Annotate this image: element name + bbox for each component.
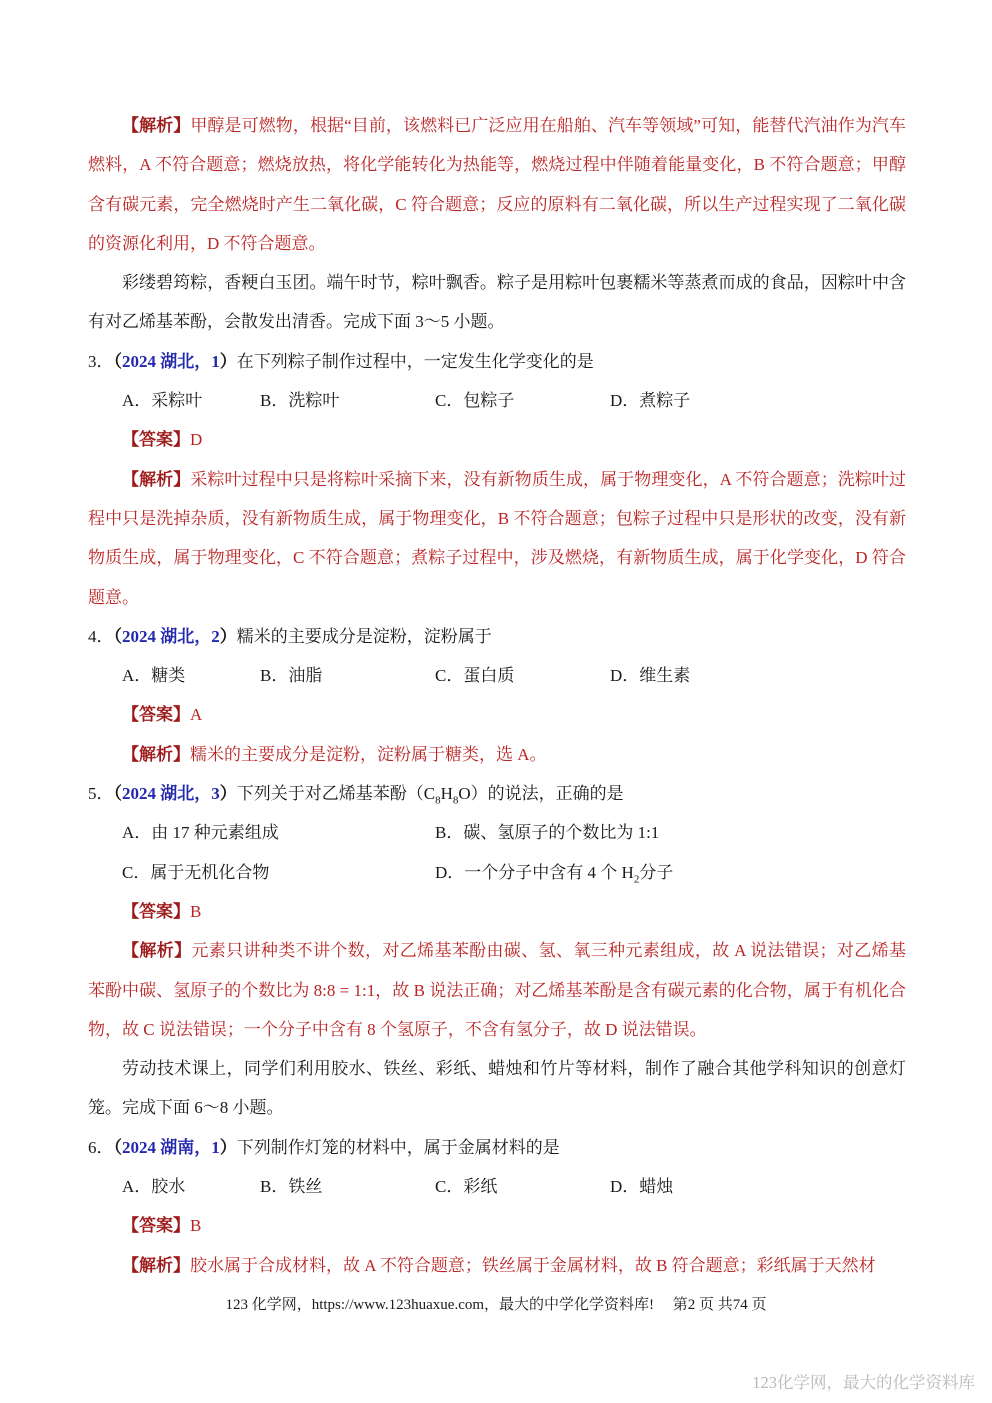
document-content: 【解析】甲醇是可燃物，根据“目前，该燃料已广泛应用在船舶、汽车等领域”可知，能替…	[88, 106, 906, 1285]
text-segment: ）	[220, 1138, 237, 1157]
text-segment: O）的说法，正确的是	[458, 784, 623, 803]
question-line: 5．（2024 湖北，3）下列关于对乙烯基苯酚（C8H8O）的说法，正确的是	[88, 774, 906, 813]
text-segment: 分子	[639, 863, 673, 882]
options-row: A．糖类B．油脂C．蛋白质D．维生素	[88, 656, 906, 695]
option-item: D．煮粽子	[610, 381, 690, 420]
text-segment: 2024 湖北，3	[122, 784, 220, 803]
text-segment: D．蜡烛	[610, 1177, 673, 1196]
option-item: A．由 17 种元素组成	[122, 813, 435, 852]
answer-line: 【答案】B	[88, 1206, 906, 1245]
text-segment: （	[114, 1138, 123, 1157]
text-segment: 下列制作灯笼的材料中，属于金属材料的是	[237, 1138, 560, 1157]
options-row: A．采粽叶B．洗粽叶C．包粽子D．煮粽子	[88, 381, 906, 420]
text-segment: 元素只讲种类不讲个数，对乙烯基苯酚由碳、氢、氧三种元素组成，故 A 说法错误；对…	[88, 941, 906, 1039]
question-line: 4．（2024 湖北，2）糯米的主要成分是淀粉，淀粉属于	[88, 617, 906, 656]
explanation-text: 【解析】元素只讲种类不讲个数，对乙烯基苯酚由碳、氢、氧三种元素组成，故 A 说法…	[88, 931, 906, 1049]
text-segment: A．胶水	[122, 1177, 185, 1196]
text-segment: H	[441, 784, 453, 803]
text-segment: C．彩纸	[435, 1177, 497, 1196]
answer-line: 【答案】B	[88, 892, 906, 931]
explanation-text: 【解析】糯米的主要成分是淀粉，淀粉属于糖类，选 A。	[88, 735, 906, 774]
options-row: A．胶水B．铁丝C．彩纸D．蜡烛	[88, 1167, 906, 1206]
option-item: C．蛋白质	[435, 656, 610, 695]
text-segment: 【答案】	[122, 430, 190, 449]
text-segment: 下列关于对乙烯基苯酚（C	[237, 784, 435, 803]
option-item: B．铁丝	[260, 1167, 435, 1206]
text-segment: ）	[220, 784, 237, 803]
question-line: 3．（2024 湖北，1）在下列粽子制作过程中，一定发生化学变化的是	[88, 342, 906, 381]
text-segment: 劳动技术课上，同学们利用胶水、铁丝、彩纸、蜡烛和竹片等材料，制作了融合其他学科知…	[88, 1059, 906, 1117]
option-item: D．蜡烛	[610, 1167, 673, 1206]
text-segment: ）	[220, 352, 237, 371]
option-item: C．包粽子	[435, 381, 610, 420]
text-segment: 胶水属于合成材料，故 A 不符合题意；铁丝属于金属材料，故 B 符合题意；彩纸属…	[190, 1256, 876, 1275]
text-segment: 【解析】	[122, 470, 190, 489]
option-item: A．采粽叶	[122, 381, 260, 420]
intro-paragraph: 彩缕碧筠粽，香粳白玉团。端午时节，粽叶飘香。粽子是用粽叶包裹糯米等蒸煮而成的食品…	[88, 263, 906, 342]
text-segment: 糯米的主要成分是淀粉，淀粉属于	[237, 627, 492, 646]
text-segment: 【答案】	[122, 1216, 190, 1235]
page-footer: 123 化学网，https://www.123huaxue.com，最大的中学化…	[0, 1292, 992, 1318]
text-segment: A．采粽叶	[122, 391, 202, 410]
text-segment: D．一个分子中含有 4 个 H	[435, 863, 634, 882]
text-segment: 【解析】	[122, 1256, 190, 1275]
answer-line: 【答案】D	[88, 420, 906, 459]
text-segment: 2024 湖北，2	[122, 627, 220, 646]
text-segment: 【解析】	[122, 941, 191, 960]
document-page: 【解析】甲醇是可燃物，根据“目前，该燃料已广泛应用在船舶、汽车等领域”可知，能替…	[0, 0, 992, 1403]
text-segment: 【答案】	[122, 902, 190, 921]
text-segment: 2024 湖南，1	[122, 1138, 220, 1157]
text-segment: B	[190, 1216, 201, 1235]
text-segment: 【答案】	[122, 705, 190, 724]
text-segment: C．蛋白质	[435, 666, 514, 685]
text-segment: 在下列粽子制作过程中，一定发生化学变化的是	[237, 352, 594, 371]
text-segment: A．由 17 种元素组成	[122, 823, 279, 842]
option-item: A．胶水	[122, 1167, 260, 1206]
text-segment: 4．	[88, 627, 114, 646]
question-line: 6．（2024 湖南，1）下列制作灯笼的材料中，属于金属材料的是	[88, 1128, 906, 1167]
text-segment: 糯米的主要成分是淀粉，淀粉属于糖类，选 A。	[190, 745, 547, 764]
text-segment: B．洗粽叶	[260, 391, 339, 410]
option-item: B．碳、氢原子的个数比为 1:1	[435, 813, 659, 852]
intro-paragraph: 劳动技术课上，同学们利用胶水、铁丝、彩纸、蜡烛和竹片等材料，制作了融合其他学科知…	[88, 1049, 906, 1128]
text-segment: 【解析】	[122, 116, 190, 135]
text-segment: （	[114, 784, 123, 803]
option-item: D．维生素	[610, 656, 690, 695]
option-item: B．油脂	[260, 656, 435, 695]
text-segment: B．铁丝	[260, 1177, 322, 1196]
text-segment: B．碳、氢原子的个数比为 1:1	[435, 823, 659, 842]
option-item: C．属于无机化合物	[122, 853, 435, 892]
option-item: B．洗粽叶	[260, 381, 435, 420]
text-segment: C．包粽子	[435, 391, 514, 410]
options-row: A．由 17 种元素组成B．碳、氢原子的个数比为 1:1	[88, 813, 906, 852]
text-segment: 甲醇是可燃物，根据“目前，该燃料已广泛应用在船舶、汽车等领域”可知，能替代汽油作…	[88, 116, 906, 253]
text-segment: 3．	[88, 352, 114, 371]
text-segment: 6．	[88, 1138, 114, 1157]
explanation-text: 【解析】采粽叶过程中只是将粽叶采摘下来，没有新物质生成，属于物理变化，A 不符合…	[88, 460, 906, 617]
text-segment: A．糖类	[122, 666, 185, 685]
text-segment: C．属于无机化合物	[122, 863, 269, 882]
text-segment: 采粽叶过程中只是将粽叶采摘下来，没有新物质生成，属于物理变化，A 不符合题意；洗…	[88, 470, 906, 607]
answer-line: 【答案】A	[88, 695, 906, 734]
options-row: C．属于无机化合物D．一个分子中含有 4 个 H2分子	[88, 853, 906, 892]
text-segment: （	[114, 352, 123, 371]
text-segment: B．油脂	[260, 666, 322, 685]
explanation-text: 【解析】甲醇是可燃物，根据“目前，该燃料已广泛应用在船舶、汽车等领域”可知，能替…	[88, 106, 906, 263]
option-item: C．彩纸	[435, 1167, 610, 1206]
text-segment: D	[190, 430, 202, 449]
explanation-text: 【解析】胶水属于合成材料，故 A 不符合题意；铁丝属于金属材料，故 B 符合题意…	[88, 1246, 906, 1285]
text-segment: ）	[220, 627, 237, 646]
option-item: D．一个分子中含有 4 个 H2分子	[435, 853, 673, 892]
text-segment: D．煮粽子	[610, 391, 690, 410]
site-watermark: 123化学网，最大的化学资料库	[752, 1372, 975, 1394]
text-segment: 彩缕碧筠粽，香粳白玉团。端午时节，粽叶飘香。粽子是用粽叶包裹糯米等蒸煮而成的食品…	[88, 273, 906, 331]
text-segment: 【解析】	[122, 745, 190, 764]
text-segment: B	[190, 902, 201, 921]
text-segment: A	[190, 705, 202, 724]
text-segment: 2024 湖北，1	[122, 352, 220, 371]
text-segment: D．维生素	[610, 666, 690, 685]
option-item: A．糖类	[122, 656, 260, 695]
text-segment: 5．	[88, 784, 114, 803]
text-segment: （	[114, 627, 123, 646]
